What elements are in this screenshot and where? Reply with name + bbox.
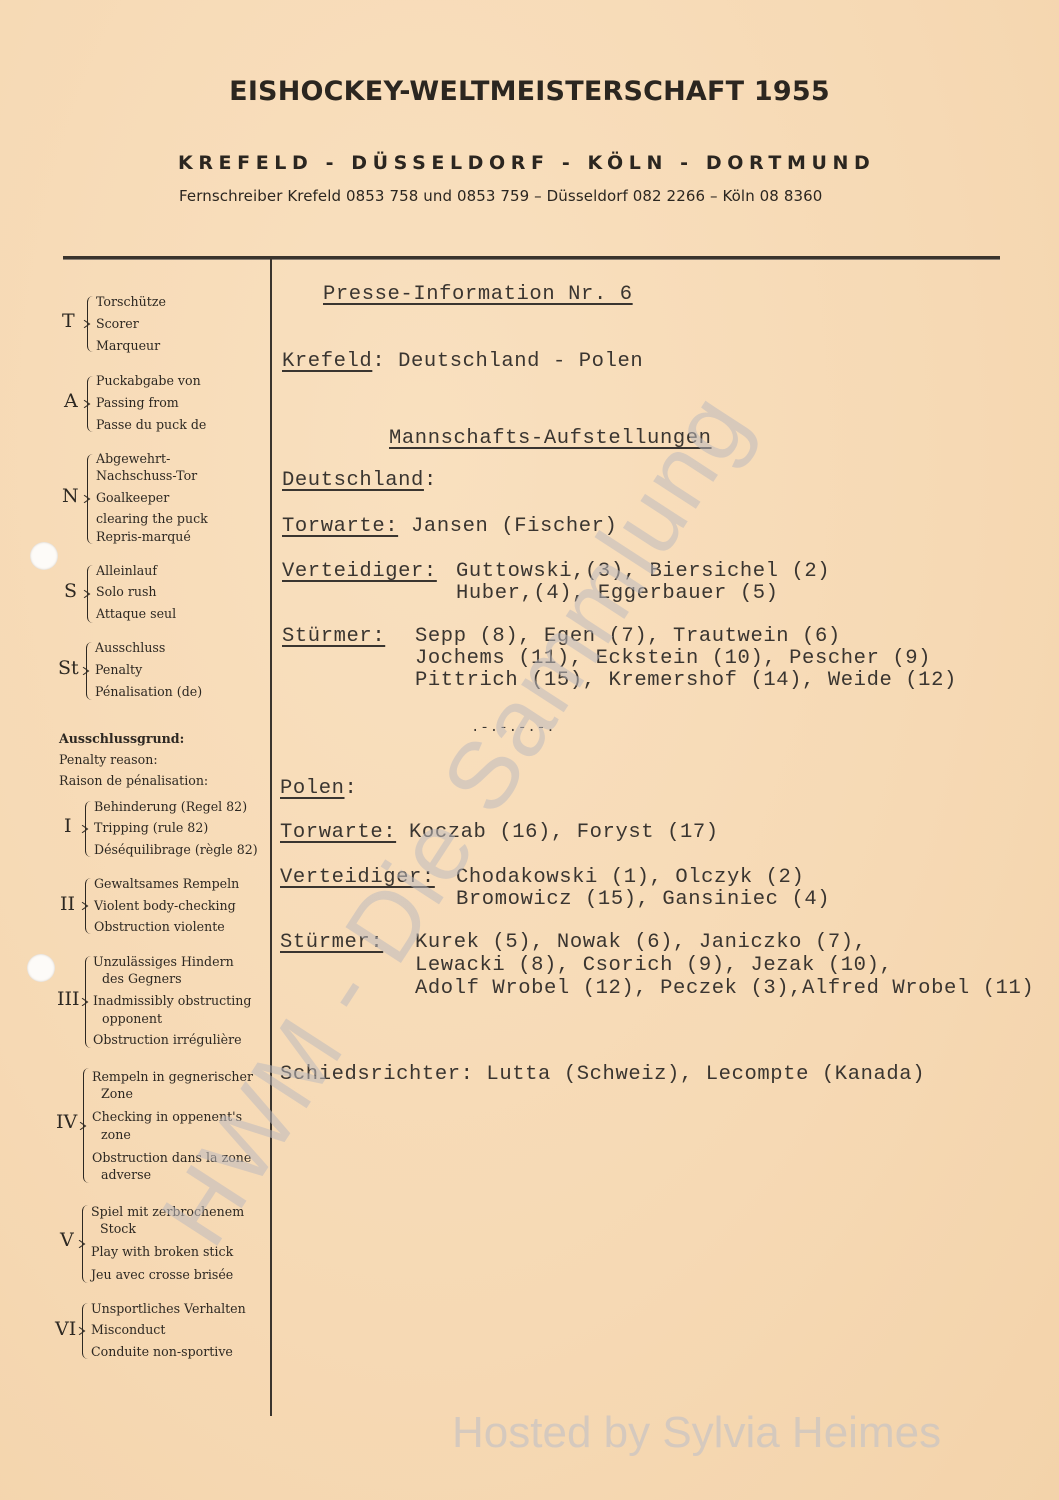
legend-line: Tripping (rule 82) [94, 820, 208, 835]
legend-line: Inadmissibly obstructing [93, 993, 251, 1008]
referees-label: Schiedsrichter: [280, 1063, 474, 1086]
forwards-line: Jochems (11), Eckstein (10), Pescher (9) [415, 647, 931, 670]
defense-line: Bromowicz (15), Gansiniec (4) [456, 888, 830, 911]
legend-line: des Gegners [93, 971, 182, 986]
legend-line: Torschütze [96, 294, 166, 309]
legend-letter: N [62, 485, 79, 507]
forwards-label: Stürmer: [282, 625, 385, 648]
letterhead-title: EISHOCKEY-WELTMEISTERSCHAFT 1955 [0, 76, 1059, 107]
goalies-row: Torwarte: Koczab (16), Foryst (17) [280, 821, 719, 844]
legend-line: Déséquilibrage (règle 82) [94, 842, 258, 857]
legend-line: Checking in oppenent's [92, 1109, 242, 1124]
letterhead-telex: Fernschreiber Krefeld 0853 758 und 0853 … [179, 187, 889, 205]
referees-row: Schiedsrichter: Lutta (Schweiz), Lecompt… [280, 1063, 925, 1086]
legend-letter: A [64, 390, 78, 412]
legend-line: Passe du puck de [96, 417, 206, 432]
goalies-value: Jansen (Fischer) [411, 515, 617, 538]
venue-label: Krefeld [282, 350, 372, 373]
defense-line: Huber,(4), Eggerbauer (5) [456, 582, 779, 605]
forwards-line: Sepp (8), Egen (7), Trautwein (6) [415, 625, 841, 648]
legend-line: Scorer [96, 316, 139, 331]
forwards-line: Kurek (5), Nowak (6), Janiczko (7), [415, 931, 867, 954]
reason-numeral: III [57, 988, 80, 1010]
legend-line: Behinderung (Regel 82) [94, 799, 247, 814]
match-teams: : Deutschland - Polen [372, 350, 643, 373]
brace-icon [82, 1205, 89, 1283]
legend-letter: St [58, 657, 79, 679]
brace-icon [83, 1068, 90, 1183]
defense-line: Guttowski,(3), Biersichel (2) [456, 560, 830, 583]
legend-line: Conduite non-sportive [91, 1344, 233, 1359]
match-line: Krefeld: Deutschland - Polen [282, 350, 643, 373]
legend-line: adverse [92, 1167, 151, 1182]
reason-numeral: IV [56, 1111, 77, 1133]
legend-line: Spiel mit zerbrochenem [91, 1204, 244, 1219]
legend-line: Violent body-checking [94, 898, 236, 913]
column-divider [270, 259, 272, 1416]
legend-line: Puckabgabe von [96, 373, 201, 388]
punch-hole-icon [30, 542, 58, 570]
brace-icon [87, 296, 94, 352]
legend-line: Zone [92, 1086, 133, 1101]
punch-hole-icon [27, 954, 55, 982]
team-name: Deutschland: [282, 469, 437, 492]
document-page: EISHOCKEY-WELTMEISTERSCHAFT 1955 KREFELD… [0, 0, 1059, 1500]
goalies-row: Torwarte: Jansen (Fischer) [282, 515, 617, 538]
forwards-label: Stürmer: [280, 931, 383, 954]
legend-line: Stock [91, 1221, 136, 1236]
brace-icon [87, 376, 94, 432]
goalies-value: Koczab (16), Foryst (17) [409, 821, 719, 844]
brace-icon [87, 565, 94, 623]
reason-numeral: I [64, 815, 72, 837]
defense-label: Verteidiger: [280, 866, 435, 889]
forwards-line: Lewacki (8), Csorich (9), Jezak (10), [415, 954, 892, 977]
legend-line: Gewaltsames Rempeln [94, 876, 239, 891]
legend-line: Obstruction dans la zone [92, 1150, 251, 1165]
lineups-heading: Mannschafts-Aufstellungen [389, 427, 712, 450]
legend-line: Jeu avec crosse brisée [91, 1267, 233, 1282]
brace-icon [85, 801, 92, 857]
forwards-line: Pittrich (15), Kremershof (14), Weide (1… [415, 669, 957, 692]
legend-line: zone [92, 1127, 131, 1142]
legend-line: Marqueur [96, 338, 160, 353]
legend-line: Ausschluss [95, 640, 165, 655]
legend-line: Abgewehrt- [96, 451, 170, 466]
legend-letter: T [62, 310, 75, 332]
brace-icon [85, 878, 92, 934]
legend-line: Penalty [95, 662, 142, 677]
legend-line: clearing the puck [96, 511, 208, 526]
legend-line: Solo rush [96, 584, 157, 599]
legend-line: Repris-marqué [96, 529, 191, 544]
team-name-suffix: : [424, 469, 437, 492]
legend-line: Misconduct [91, 1322, 165, 1337]
team-name-suffix: : [345, 777, 358, 800]
team-name: Polen: [280, 777, 357, 800]
reason-numeral: VI [55, 1318, 76, 1340]
legend-line: Goalkeeper [96, 490, 169, 505]
legend-line: Attaque seul [96, 606, 176, 621]
legend-line: Unzulässiges Hindern [93, 954, 234, 969]
penalty-reason-heading-de: Ausschlussgrund: [59, 731, 184, 746]
goalies-label: Torwarte: [282, 515, 398, 538]
legend-letter: S [64, 580, 77, 602]
brace-icon [86, 642, 93, 700]
legend-line: Unsportliches Verhalten [91, 1301, 246, 1316]
legend-line: Passing from [96, 395, 179, 410]
team-name-label: Deutschland [282, 469, 424, 492]
referees-value: Lutta (Schweiz), Lecompte (Kanada) [474, 1063, 926, 1086]
legend-line: Rempeln in gegnerischer [92, 1069, 253, 1084]
legend-line: Obstruction irrégulière [93, 1032, 242, 1047]
section-separator: .-.-.-.-. [471, 720, 556, 736]
brace-icon [82, 1303, 89, 1359]
forwards-line: Adolf Wrobel (12), Peczek (3),Alfred Wro… [415, 977, 1034, 1000]
penalty-reason-heading-en: Penalty reason: [59, 752, 158, 767]
team-name-label: Polen [280, 777, 345, 800]
legend-line: Play with broken stick [91, 1244, 233, 1259]
legend-line: opponent [93, 1011, 162, 1026]
legend-line: Alleinlauf [96, 563, 157, 578]
defense-label: Verteidiger: [282, 560, 437, 583]
press-heading: Presse-Information Nr. 6 [323, 283, 633, 306]
watermark-footer: Hosted by Sylvia Heimes [452, 1408, 941, 1458]
legend-line: Nachschuss-Tor [96, 468, 197, 483]
goalies-label: Torwarte: [280, 821, 396, 844]
defense-line: Chodakowski (1), Olczyk (2) [456, 866, 804, 889]
reason-numeral: II [60, 893, 75, 915]
brace-icon [85, 956, 92, 1048]
reason-numeral: V [60, 1229, 74, 1251]
penalty-reason-heading-fr: Raison de pénalisation: [59, 773, 208, 788]
watermark-diagonal: HWM - Die Sammlung [140, 374, 772, 1265]
brace-icon [87, 454, 94, 544]
legend-line: Obstruction violente [94, 919, 225, 934]
header-rule [63, 256, 1000, 260]
legend-line: Pénalisation (de) [95, 684, 202, 699]
letterhead-cities: KREFELD - DÜSSELDORF - KÖLN - DORTMUND [178, 152, 888, 174]
